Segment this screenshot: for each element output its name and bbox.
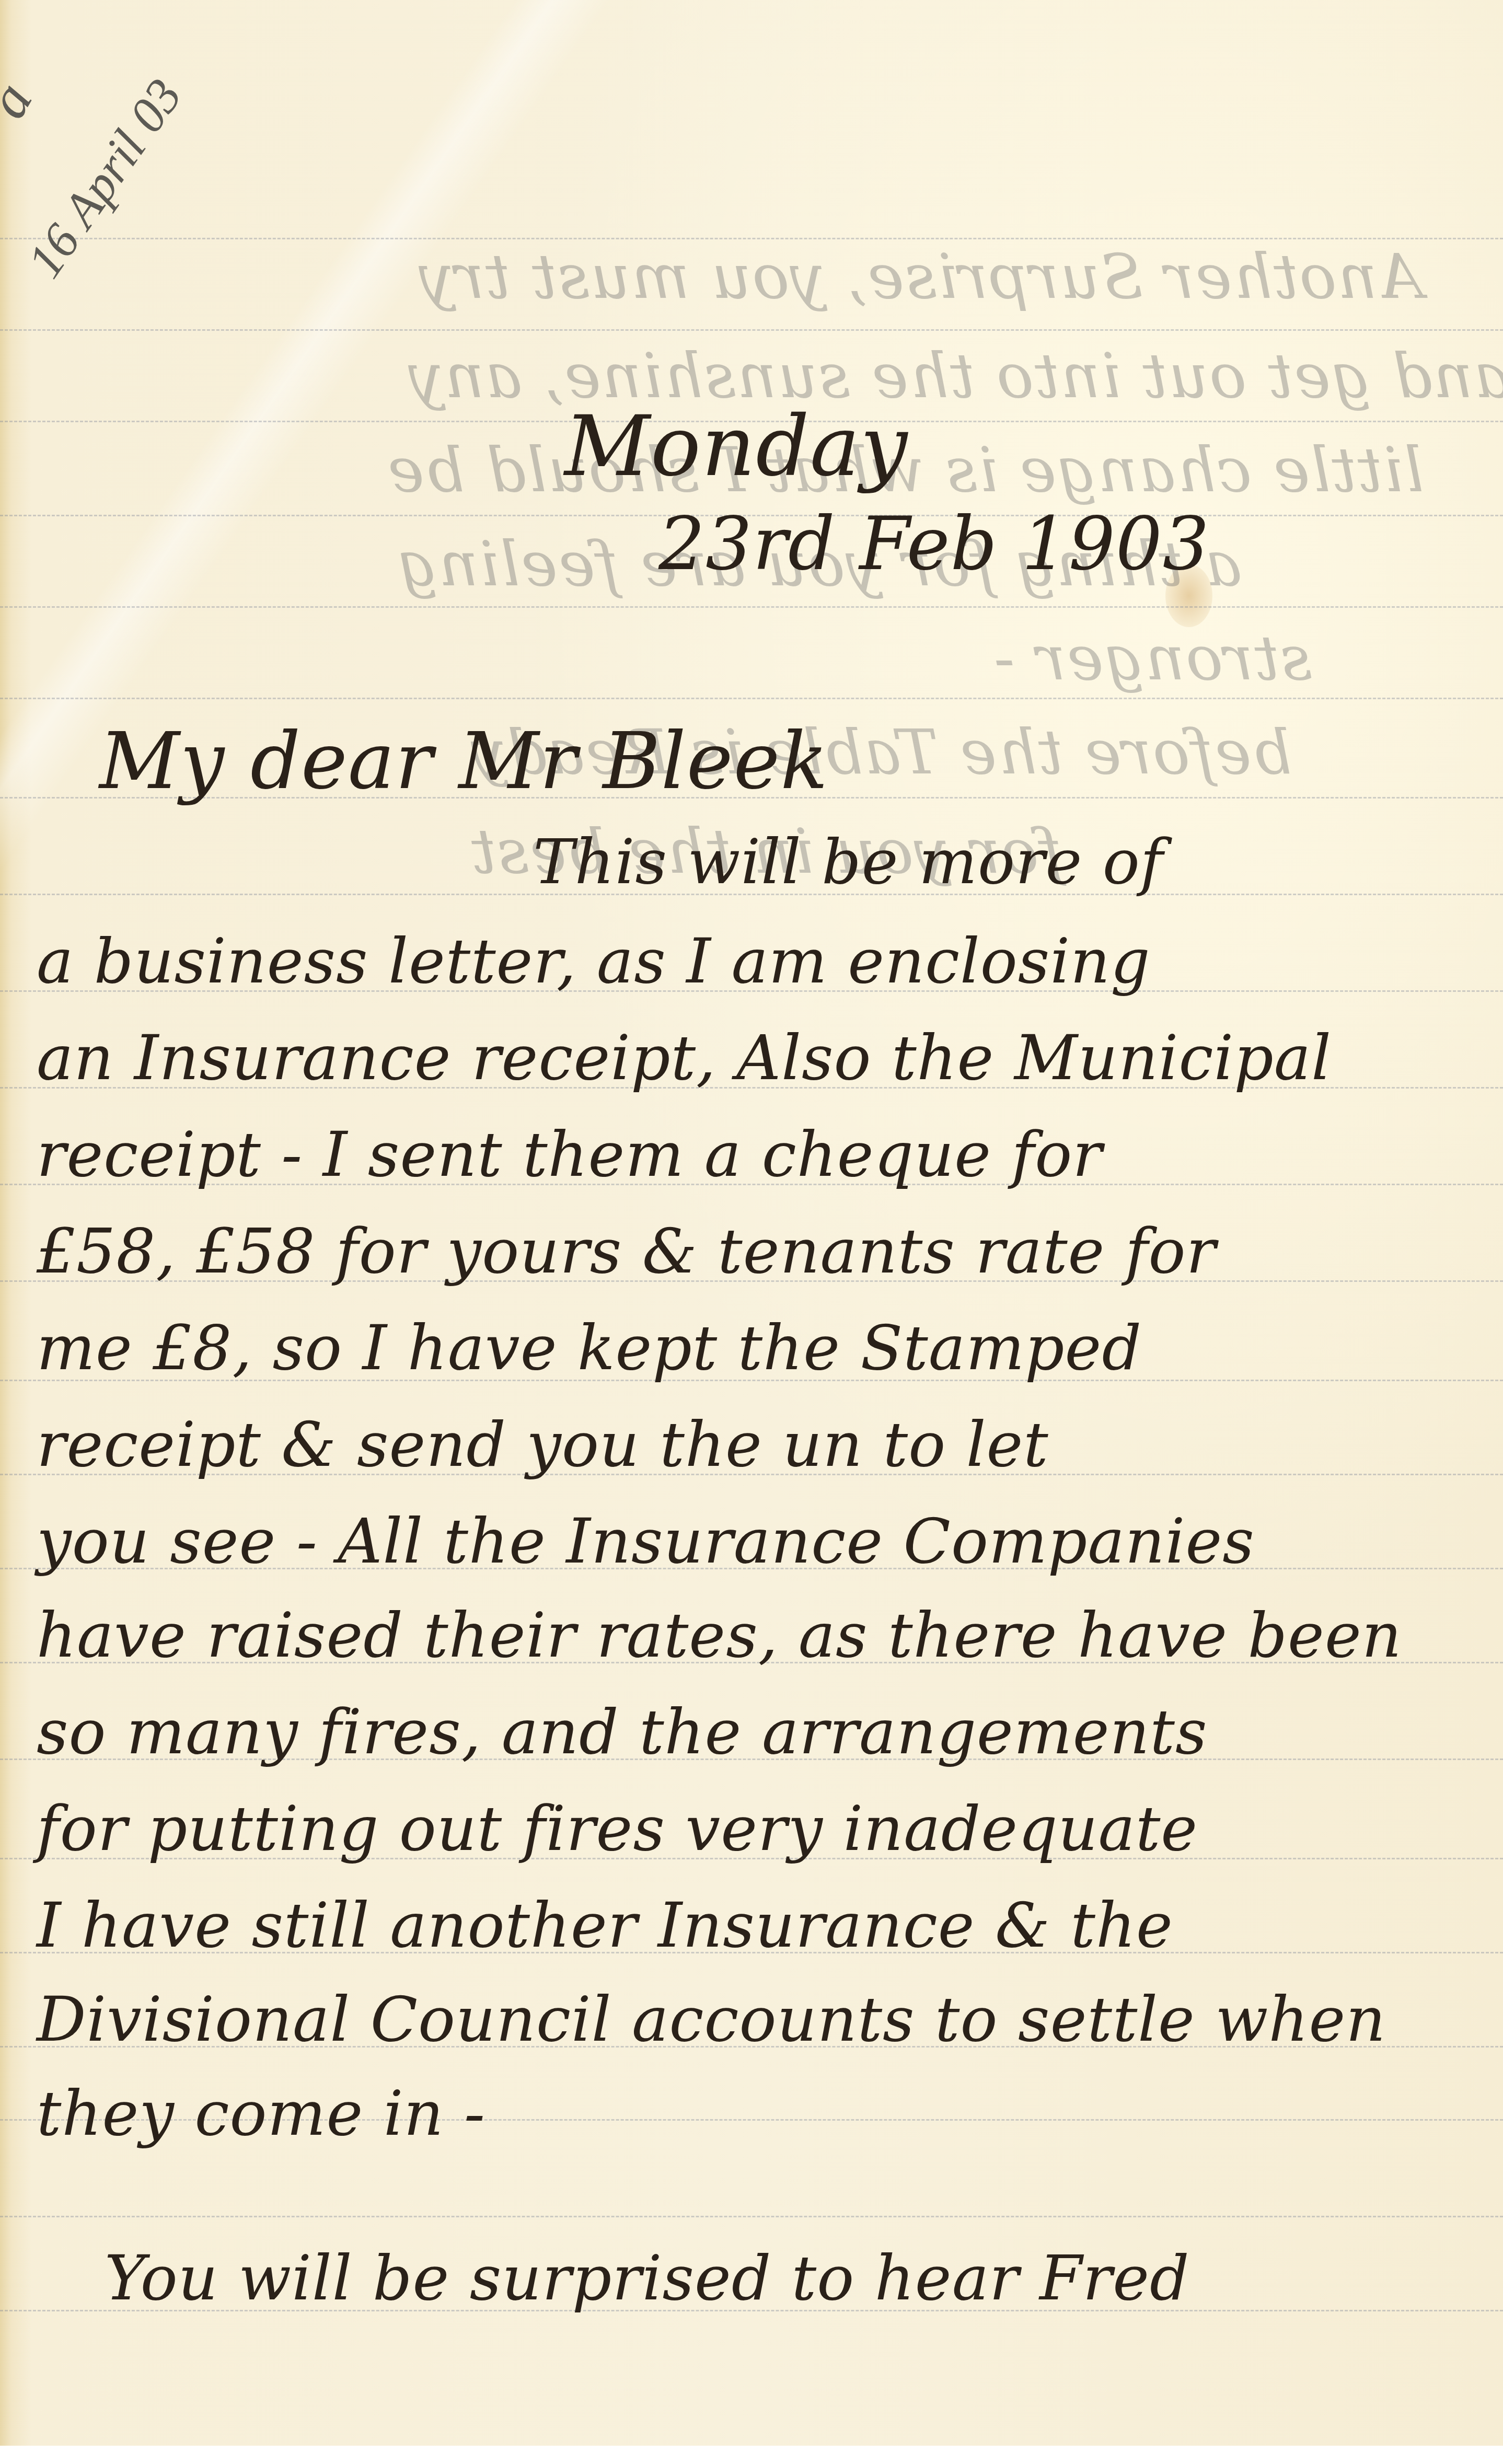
ruled-line [0,329,1503,331]
body-line: Divisional Council accounts to settle wh… [37,1983,1386,2055]
scan-margin [0,2446,1503,2464]
body-line: you see - All the Insurance Companies [37,1505,1255,1577]
body-line: receipt & send you the un to let [37,1408,1049,1480]
letter-day: Monday [564,397,908,495]
body-line: You will be surprised to hear Fred [105,2242,1190,2314]
body-line: so many fires, and the arrangements [37,1696,1207,1768]
ruled-line [0,238,1503,239]
ruled-line [0,606,1503,608]
bleed-through-text: stronger - [993,622,1312,694]
body-line: a business letter, as I am enclosing [37,925,1151,997]
ruled-line [0,698,1503,699]
body-line: they come in - [37,2077,485,2149]
body-line: I have still another Insurance & the [37,1889,1173,1961]
body-line: an Insurance receipt, Also the Municipal [37,1022,1332,1094]
bleed-through-text: Another Surprise, you must try [418,240,1423,313]
body-line: This will be more of [533,826,1164,898]
body-line: me £8, so I have kept the Stamped [37,1312,1142,1384]
letter-date: 23rd Feb 1903 [658,502,1210,587]
body-line: have raised their rates, as there have b… [37,1599,1402,1671]
body-line: £58, £58 for yours & tenants rate for [37,1215,1216,1287]
salutation: My dear Mr Bleek [99,716,828,807]
body-line: for putting out fires very inadequate [37,1792,1198,1865]
body-line: receipt - I sent them a cheque for [37,1118,1103,1190]
ruled-line [0,2216,1503,2217]
